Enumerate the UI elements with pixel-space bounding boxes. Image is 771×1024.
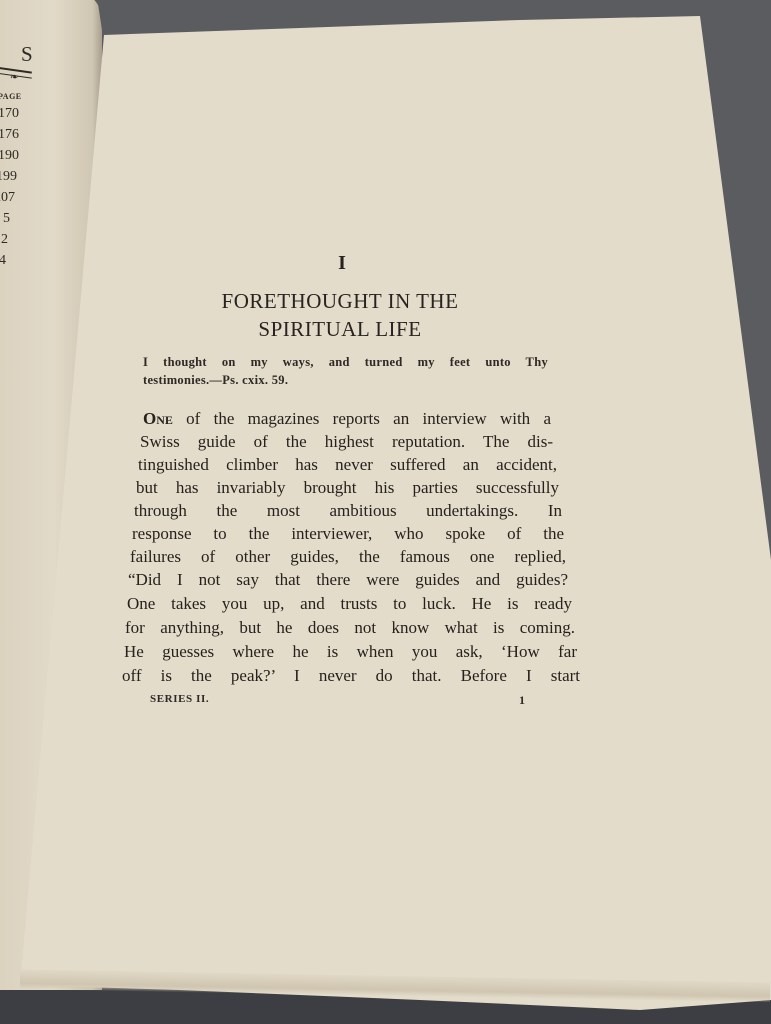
body-line: One of the magazines reports an intervie… [143,409,551,429]
body-line: He guesses where he is when you ask, ‘Ho… [124,642,577,662]
body-line: off is the peak?’ I never do that. Befor… [122,666,580,686]
body-line-text: of the magazines reports an interview wi… [173,409,551,428]
chapter-number: I [330,252,354,275]
body-line: but has invariably brought his parties s… [136,478,559,498]
epigraph: I thought on my ways, and turned my feet… [143,353,548,389]
toc-page-label: PAGE [0,92,22,101]
body-line: through the most ambitious undertakings.… [134,501,562,521]
body-line: for anything, but he does not know what … [125,618,575,638]
epigraph-citation: testimonies.—Ps. cxix. 59. [143,371,548,389]
toc-page-number: 176 [0,127,19,143]
body-line: “Did I not say that there were guides an… [128,570,568,590]
chapter-title-line: FORETHOUGHT IN THE [180,287,500,315]
book-page: I FORETHOUGHT IN THE SPIRITUAL LIFE I th… [0,0,771,1024]
toc-page-number: 190 [0,148,19,164]
signature-number: 1 [519,693,525,708]
chapter-title: FORETHOUGHT IN THE SPIRITUAL LIFE [180,287,500,343]
signature-mark: SERIES II. [150,693,209,705]
toc-heading-fragment: S [21,42,33,67]
toc-page-number: 2 [1,232,8,248]
epigraph-line: I thought on my ways, and turned my feet… [143,353,548,371]
drop-word: One [143,409,173,428]
chapter-title-line: SPIRITUAL LIFE [180,315,500,343]
body-line: response to the interviewer, who spoke o… [132,524,564,544]
toc-page-number: 4 [0,253,6,269]
body-line: failures of other guides, the famous one… [130,547,566,567]
ornament-icon: ❧ [10,72,18,83]
body-line: One takes you up, and trusts to luck. He… [127,594,572,614]
toc-page-number: 207 [0,190,15,206]
toc-page-number: 5 [3,211,10,227]
body-line: Swiss guide of the highest reputation. T… [140,432,553,452]
toc-page-number: 199 [0,169,17,185]
body-line: tinguished climber has never suffered an… [138,455,557,475]
toc-page-number: 170 [0,106,19,122]
